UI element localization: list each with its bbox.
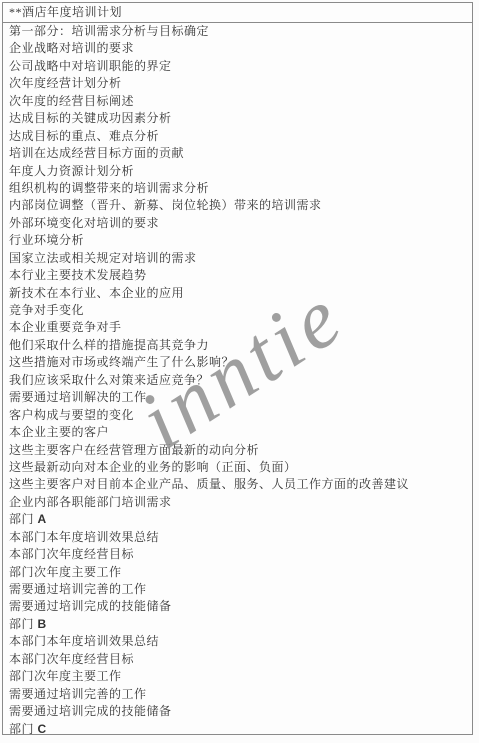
table-row: 组织机构的调整带来的培训需求分析 xyxy=(3,180,472,197)
table-row: 部门 B xyxy=(3,616,472,633)
row-list: 第一部分：培训需求分析与目标确定企业战略对培训的要求公司战略中对培训职能的界定次… xyxy=(3,23,472,734)
table-row: 他们采取什么样的措施提高其竞争力 xyxy=(3,337,472,354)
table-row: 这些主要客户在经营管理方面最新的动向分析 xyxy=(3,442,472,459)
table-row: 本部门次年度经营目标 xyxy=(3,546,472,563)
table-row: 年度人力资源计划分析 xyxy=(3,163,472,180)
table-row: 需要通过培训完善的工作 xyxy=(3,686,472,703)
table-row: 部门次年度主要工作 xyxy=(3,564,472,581)
table-row: 企业战略对培训的要求 xyxy=(3,40,472,57)
table-row: 本行业主要技术发展趋势 xyxy=(3,267,472,284)
table-row: 达成目标的重点、难点分析 xyxy=(3,128,472,145)
table-row: 部门 C xyxy=(3,721,472,735)
table-row: 外部环境变化对培训的要求 xyxy=(3,215,472,232)
table-row: 新技术在本行业、本企业的应用 xyxy=(3,285,472,302)
table-row: 这些措施对市场或终端产生了什么影响？ xyxy=(3,354,472,371)
table-row: 需要通过培训完成的技能储备 xyxy=(3,703,472,720)
table-row: 本部门本年度培训效果总结 xyxy=(3,529,472,546)
table-row: 次年度经营计划分析 xyxy=(3,75,472,92)
table-row: 国家立法或相关规定对培训的需求 xyxy=(3,250,472,267)
table-row: 竞争对手变化 xyxy=(3,302,472,319)
table-row: 行业环境分析 xyxy=(3,232,472,249)
table-row: 这些最新动向对本企业的业务的影响（正面、负面） xyxy=(3,459,472,476)
table-row: 这些主要客户对目前本企业产品、质量、服务、人员工作方面的改善建议 xyxy=(3,476,472,493)
table-row: 我们应该采取什么对策来适应竞争？ xyxy=(3,372,472,389)
table-row: 本企业主要的客户 xyxy=(3,424,472,441)
table-row: 需要通过培训完成的技能储备 xyxy=(3,598,472,615)
table-row: 达成目标的关键成功因素分析 xyxy=(3,110,472,127)
table-row: 公司战略中对培训职能的界定 xyxy=(3,58,472,75)
table-row: 本部门次年度经营目标 xyxy=(3,651,472,668)
table-row: 部门 A xyxy=(3,511,472,528)
table-row: 客户构成与要望的变化 xyxy=(3,407,472,424)
table-row: 内部岗位调整（晋升、新募、岗位轮换）带来的培训需求 xyxy=(3,197,472,214)
table-row: 需要通过培训完善的工作 xyxy=(3,581,472,598)
training-plan-table: **酒店年度培训计划 第一部分：培训需求分析与目标确定企业战略对培训的要求公司战… xyxy=(2,2,473,735)
table-row: 需要通过培训解决的工作 xyxy=(3,389,472,406)
table-row: 本企业重要竞争对手 xyxy=(3,319,472,336)
table-row: 本部门本年度培训效果总结 xyxy=(3,633,472,650)
table-row: 第一部分：培训需求分析与目标确定 xyxy=(3,23,472,40)
table-row: 部门次年度主要工作 xyxy=(3,668,472,685)
table-row: 培训在达成经营目标方面的贡献 xyxy=(3,145,472,162)
table-row: 企业内部各职能部门培训需求 xyxy=(3,494,472,511)
table-row: 次年度的经营目标阐述 xyxy=(3,93,472,110)
document-title: **酒店年度培训计划 xyxy=(3,3,472,23)
